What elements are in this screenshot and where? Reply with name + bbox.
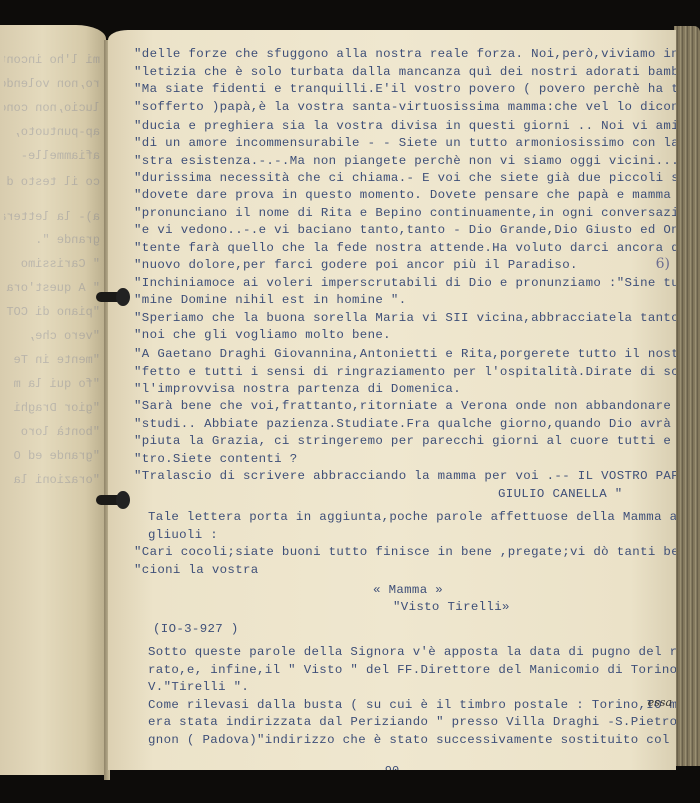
text-line: "tente farà quello che la fede nostra at… [134,241,666,255]
ghost-line: "gior Draghi [4,401,100,415]
ghost-line: "piano di COT [4,305,100,319]
text-line: "Ma siate fidenti e tranquilli.E'il vost… [134,82,666,96]
text-line: V."Tirelli ". [148,680,666,694]
text-line: « Mamma » [373,583,666,597]
ghost-line: "orazioni la [4,473,100,487]
date-line: (IO-3-927 ) [153,622,666,636]
ghost-line: "fo qui la m [4,377,100,391]
binder-ring-bottom [96,495,126,505]
ghost-line: "mente in Te [4,353,100,367]
margin-mark: 6) [656,256,670,272]
ghost-line: lucio,non conc [4,101,100,115]
text-line: "Speriamo che la buona sorella Maria vi … [134,311,666,325]
text-line: "l'improvvisa nostra partenza di Domenic… [134,382,666,396]
text-line: era stata indirizzata dal Periziando " p… [148,715,666,729]
text-line: "Cari cocoli;siate buoni tutto finisce i… [134,545,666,559]
text-line: "Sarà bene che voi,frattanto,ritorniate … [134,399,666,413]
text-line: "di un amore incommensurabile - - Siete … [134,136,666,150]
ghost-line: grande ". [4,233,100,247]
text-line: "piuta la Grazia, ci stringeremo per par… [134,434,666,448]
handwritten-insert: essa [648,696,672,709]
text-line: "letizia che è solo turbata dalla mancan… [134,65,666,79]
text-line: "fetto e tutti i sensi di ringraziamento… [134,365,666,379]
page-edges [674,26,700,766]
text-line: "sofferto )papà,è la vostra santa-virtuo… [134,100,666,114]
text-line: "cioni la vostra [134,563,666,577]
ghost-line: a)- la lettera [4,210,100,224]
text-line: "dovete dare prova in questo momento. Do… [134,188,666,202]
ghost-line: ro,non volendo [4,77,100,91]
ghost-line: mi l'ho incontr [4,53,100,67]
text-line: "Visto Tirelli» [393,600,666,614]
text-line: "noi che gli vogliamo molto bene. [134,328,666,342]
text-line: "studi.. Abbiate pazienza.Studiate.Fra q… [134,417,666,431]
text-line: gliuoli : [148,528,666,542]
text-line: "pronunciano il nome di Rita e Bepino co… [134,206,666,220]
ghost-line: " Carissimo [4,257,100,271]
ghost-line: "vero che, [4,329,100,343]
text-line: "tro.Siete contenti ? [134,452,666,466]
text-line: "nuovo dolore,per farci godere poi ancor… [134,258,666,272]
ghost-line: co il testo d [4,175,100,189]
text-line: "ducia e preghiera sia la vostra divisa … [134,119,666,133]
binder-ring-top [96,292,126,302]
ghost-line: " A quest'ora [4,281,100,295]
page-number: -90- [108,764,676,770]
ghost-line: "bontà loro [4,425,100,439]
ghost-line: "grande ed O [4,449,100,463]
text-line: "mine Domine nihil est in homine ". [134,293,666,307]
signature-line: GIULIO CANELLA " [498,487,666,501]
text-line: "e vi vedono..-.e vi baciano tanto,tanto… [134,223,666,237]
text-line: Sotto queste parole della Signora v'è ap… [148,645,666,659]
text-line: "stra esistenza.-.-.Ma non piangete perc… [134,154,666,168]
text-line: rato,e, infine,il " Visto " del FF.Diret… [148,663,666,677]
text-line: "Inchiniamoce ai voleri imperscrutabili … [134,276,666,290]
text-line: Come rilevasi dalla busta ( su cui è il … [148,698,666,712]
text-line: "A Gaetano Draghi Giovannina,Antonietti … [134,347,666,361]
text-line: "durissima necessità che ci chiama.- E v… [134,171,666,185]
text-line: "delle forze che sfuggono alla nostra re… [134,47,666,61]
text-line: gnon ( Padova)"indirizzo che è stato suc… [148,733,666,747]
right-page: "delle forze che sfuggono alla nostra re… [108,30,676,770]
ghost-line: ap-puntuoto, [4,125,100,139]
left-page: mi l'ho incontr ro,non volendo lucio,non… [0,25,106,775]
text-line: Tale lettera porta in aggiunta,poche par… [148,510,666,524]
text-line: "Tralascio di scrivere abbracciando la m… [134,469,666,483]
ghost-line: afiammelle- [4,149,100,163]
